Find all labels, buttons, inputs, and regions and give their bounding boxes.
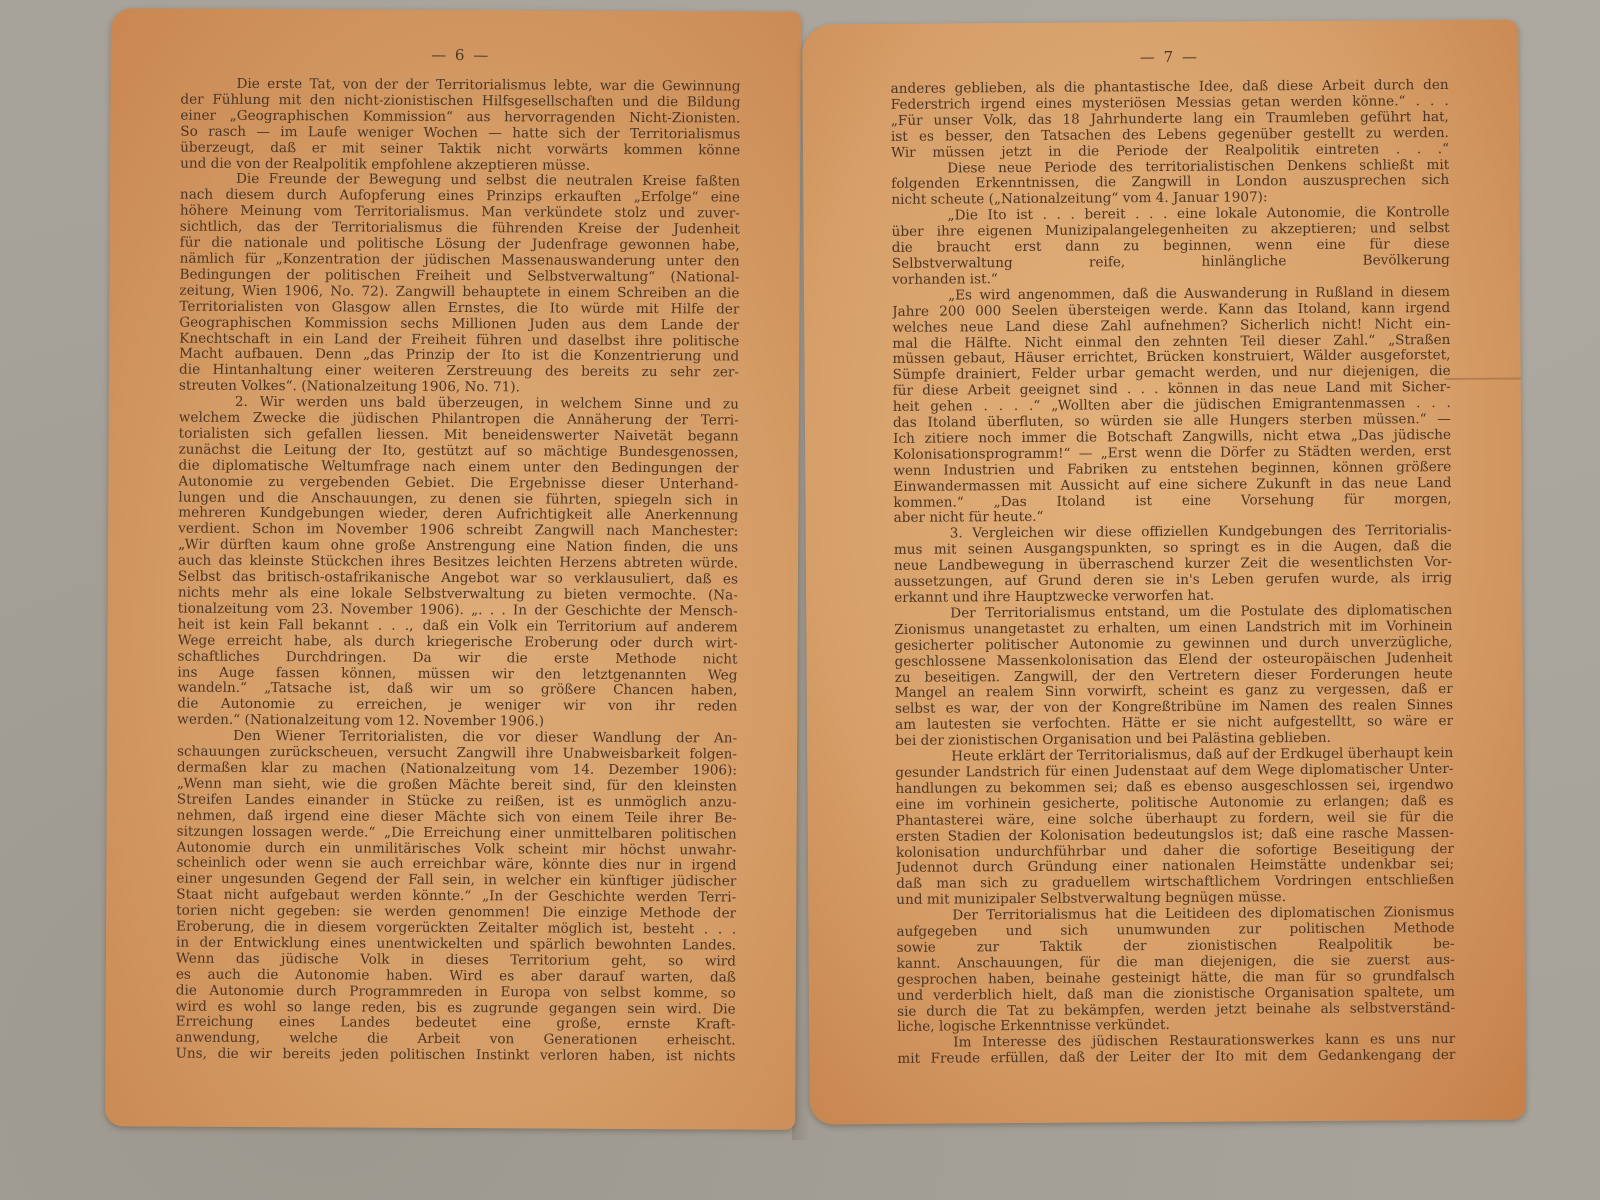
- page-number-left: — 6 —: [181, 45, 741, 66]
- text-line: mit Freude erfüllen, daß der Leiter der …: [897, 1048, 1455, 1068]
- text-line: Uns, die wir bereits jeden politischen I…: [175, 1047, 735, 1066]
- page-number-right: — 7 —: [890, 46, 1448, 68]
- left-page-body: Die erste Tat, von der der Territorialis…: [175, 77, 740, 1066]
- right-page-body: anderes geblieben, als die phantastische…: [891, 78, 1456, 1068]
- right-page: — 7 — anderes geblieben, als die phantas…: [802, 20, 1526, 1125]
- left-page: — 6 — Die erste Tat, von der der Territo…: [105, 8, 801, 1130]
